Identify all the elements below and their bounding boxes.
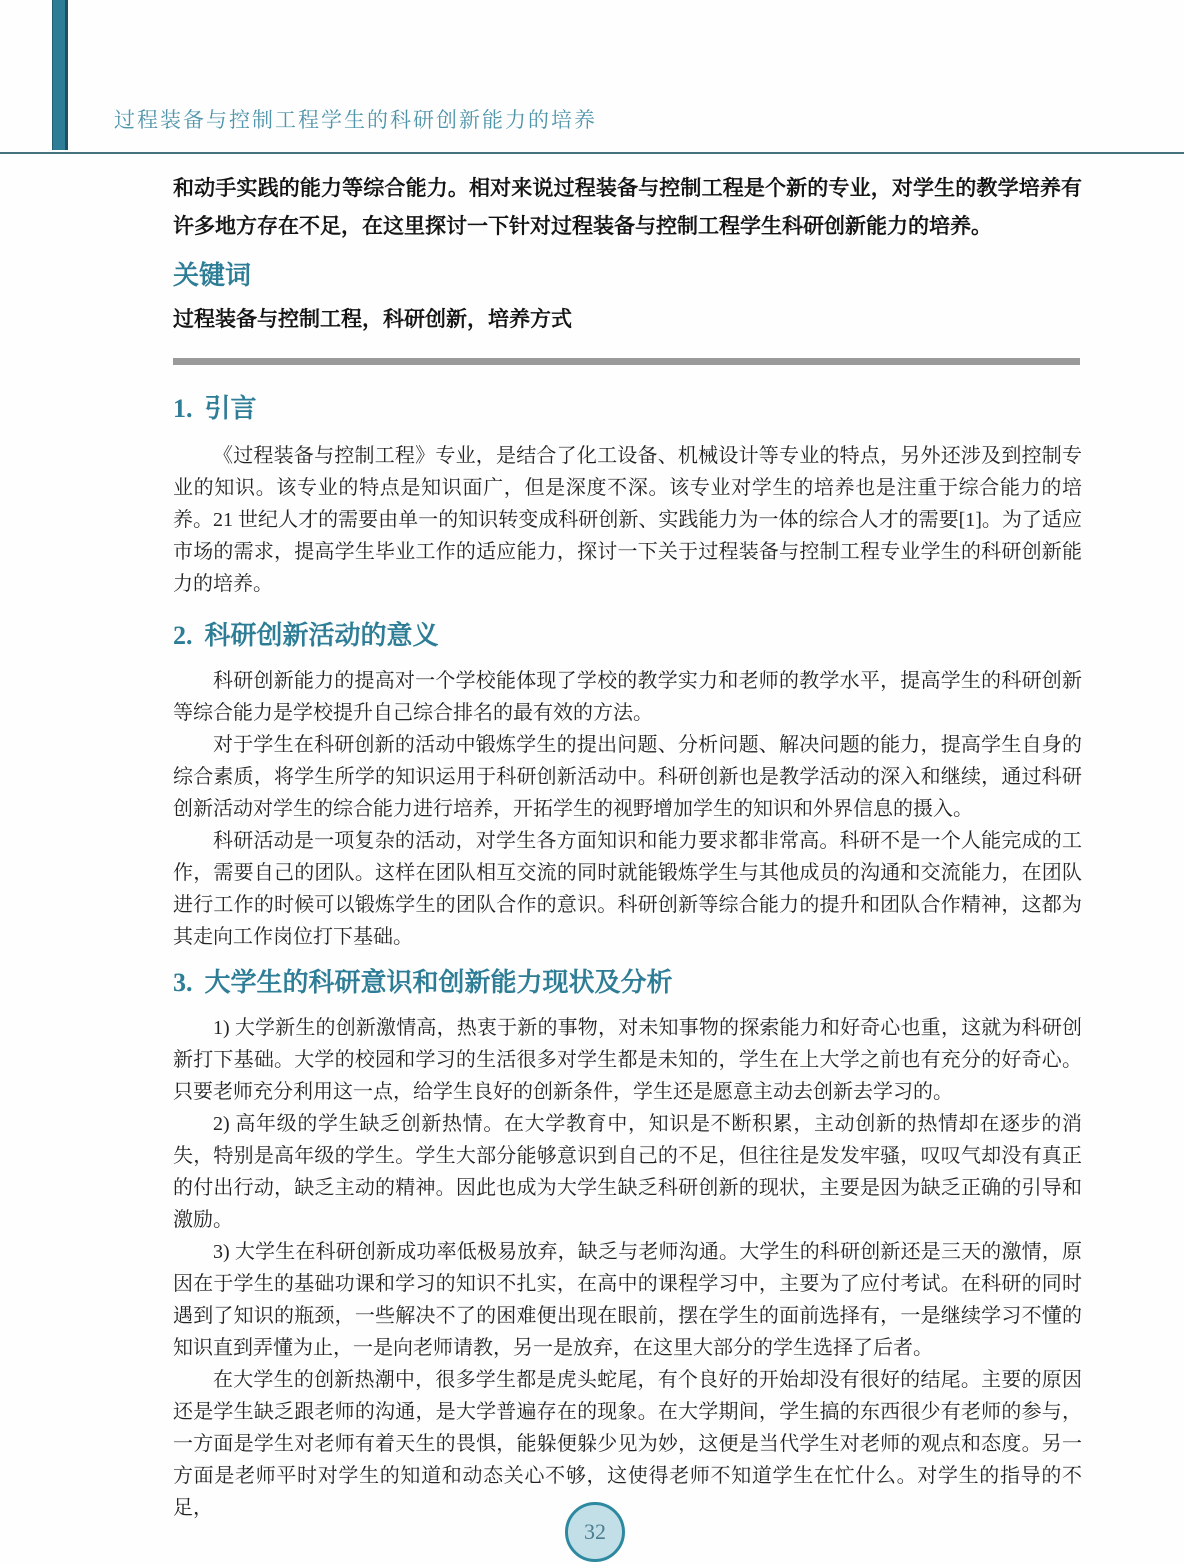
header-rule [0, 152, 1184, 154]
corner-accent-bar [52, 0, 68, 150]
section-2-paragraph: 对于学生在科研创新的活动中锻炼学生的提出问题、分析问题、解决问题的能力，提高学生… [173, 729, 1082, 825]
keywords-heading: 关键词 [173, 258, 1082, 292]
section-2-heading: 2.科研创新活动的意义 [173, 618, 1082, 653]
section-divider-bar [173, 358, 1080, 365]
section-2-number: 2. [173, 621, 193, 650]
section-3-title: 大学生的科研意识和创新能力现状及分析 [205, 967, 673, 997]
section-1-number: 1. [173, 394, 193, 423]
page-number-badge: 32 [565, 1502, 625, 1562]
section-3-paragraph: 2) 高年级的学生缺乏创新热情。在大学教育中，知识是不断积累，主动创新的热情却在… [173, 1108, 1082, 1236]
section-1-heading: 1.引言 [173, 391, 1082, 426]
section-1-paragraph: 《过程装备与控制工程》专业，是结合了化工设备、机械设计等专业的特点，另外还涉及到… [173, 440, 1082, 600]
section-2-paragraph: 科研活动是一项复杂的活动，对学生各方面知识和能力要求都非常高。科研不是一个人能完… [173, 825, 1082, 953]
keywords-text: 过程装备与控制工程，科研创新，培养方式 [173, 306, 1082, 334]
section-3-heading: 3.大学生的科研意识和创新能力现状及分析 [173, 965, 1082, 1000]
section-3-paragraph: 1) 大学新生的创新激情高，热衷于新的事物，对未知事物的探索能力和好奇心也重，这… [173, 1012, 1082, 1108]
section-3-number: 3. [173, 968, 193, 997]
section-3-paragraph: 在大学生的创新热潮中，很多学生都是虎头蛇尾，有个良好的开始却没有很好的结尾。主要… [173, 1364, 1082, 1524]
abstract-text: 和动手实践的能力等综合能力。相对来说过程装备与控制工程是个新的专业，对学生的教学… [173, 170, 1082, 246]
page-content: 和动手实践的能力等综合能力。相对来说过程装备与控制工程是个新的专业，对学生的教学… [173, 170, 1082, 1524]
document-page: 过程装备与控制工程学生的科研创新能力的培养 和动手实践的能力等综合能力。相对来说… [0, 0, 1184, 1563]
running-header-title: 过程装备与控制工程学生的科研创新能力的培养 [114, 104, 597, 134]
section-1-title: 引言 [205, 393, 257, 423]
section-3-paragraph: 3) 大学生在科研创新成功率低极易放弃，缺乏与老师沟通。大学生的科研创新还是三天… [173, 1236, 1082, 1364]
section-2-paragraph: 科研创新能力的提高对一个学校能体现了学校的教学实力和老师的教学水平，提高学生的科… [173, 665, 1082, 729]
section-2-title: 科研创新活动的意义 [205, 620, 439, 650]
page-number: 32 [584, 1519, 606, 1545]
